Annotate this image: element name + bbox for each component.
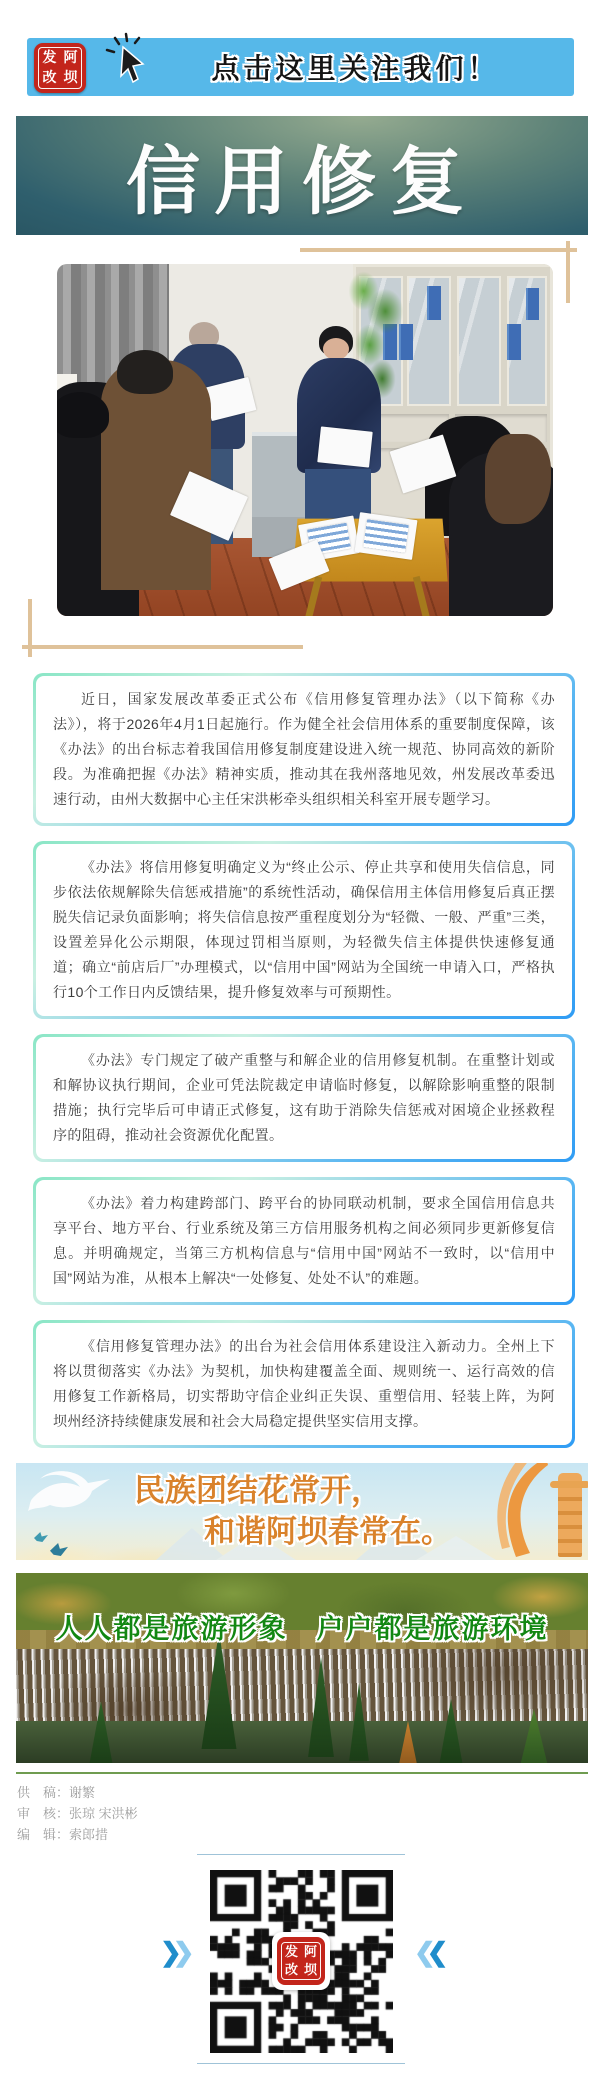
photo-person-head [117, 350, 173, 394]
credit-row: 编 辑：索郎措 [17, 1824, 597, 1845]
credit-value: 谢繁 [69, 1785, 95, 1800]
credit-label: 审 核： [17, 1806, 69, 1821]
follow-text: 点击这里关注我们！ [147, 38, 564, 96]
seal-char: 发 [39, 48, 60, 68]
paragraph-card: 《办法》将信用修复明确定义为“终止公示、停止共享和使用失信信息，同步依法依规解除… [33, 841, 575, 1019]
chevrons-left-icon: ❮❮ [414, 1937, 440, 1968]
tourism-banner[interactable]: 人人都是旅游形象 户户都是旅游环境 [16, 1573, 588, 1763]
chevron-glyph: ❯ [160, 1937, 173, 1967]
seal-char: 坝 [60, 68, 81, 88]
tourism-slogan-text: 人人都是旅游形象 户户都是旅游环境 [16, 1607, 588, 1646]
seal-char: 坝 [301, 1961, 320, 1979]
paragraph-text: 近日，国家发展改革委正式公布《信用修复管理办法》（以下简称《办法》），将于202… [53, 687, 555, 812]
office-meeting-photo[interactable] [57, 264, 553, 616]
seal-characters: 发 阿 改 坝 [38, 47, 82, 89]
seal-char: 改 [39, 68, 60, 88]
credit-value: 索郎措 [69, 1827, 108, 1842]
photo-person-head [57, 392, 109, 438]
decor-line-top-vertical [566, 241, 570, 303]
credit-value: 张琼 宋洪彬 [69, 1806, 138, 1821]
paragraph-card: 《信用修复管理办法》的出台为社会信用体系建设注入新动力。全州上下将以贯彻落实《办… [33, 1320, 575, 1448]
unity-line1: 民族团结花常开， [134, 1471, 588, 1512]
aba-fagai-seal-logo: 发 阿 改 坝 [277, 1937, 325, 1985]
qr-center-logo: 发 阿 改 坝 [272, 1932, 330, 1990]
aba-fagai-seal-logo: 发 阿 改 坝 [34, 43, 86, 93]
photo-binder [427, 286, 441, 320]
seal-char: 阿 [301, 1943, 320, 1961]
credit-label: 编 辑： [17, 1827, 69, 1842]
title-text: 信用修复 [126, 123, 478, 229]
photo-binder [526, 288, 539, 320]
credit-row: 供 稿：谢繁 [17, 1782, 597, 1803]
chevron-glyph: ❮ [427, 1937, 440, 1967]
credit-row: 审 核：张琼 宋洪彬 [17, 1803, 597, 1824]
title-banner[interactable]: 信用修复 [16, 116, 588, 235]
qr-section: ❯❯ 发 阿 改 坝 ❮❮ [0, 1845, 597, 2076]
chevron-glyph: ❯ [173, 1937, 186, 1967]
qr-separator-top [197, 1854, 405, 1855]
seal-char: 改 [282, 1961, 301, 1979]
qr-code[interactable]: 发 阿 改 坝 [205, 1865, 397, 2057]
seal-char: 阿 [60, 48, 81, 68]
photo-person-ponytail [485, 434, 551, 524]
qr-separator-bottom [197, 2063, 405, 2064]
chevron-glyph: ❮ [414, 1937, 427, 1967]
decor-line-top-horizontal [300, 248, 577, 252]
decor-line-bottom-horizontal [22, 645, 303, 649]
seal-char: 发 [282, 1943, 301, 1961]
decor-line-bottom-vertical [28, 599, 32, 657]
photo-paper [317, 426, 372, 467]
paragraph-card: 近日，国家发展改革委正式公布《信用修复管理办法》（以下简称《办法》），将于202… [33, 673, 575, 826]
photo-section [0, 238, 597, 658]
unity-slogan-text: 民族团结花常开， 和谐阿坝春常在。 [16, 1471, 588, 1553]
unity-line2: 和谐阿坝春常在。 [204, 1512, 588, 1553]
paragraph-text: 《办法》将信用修复明确定义为“终止公示、停止共享和使用失信信息，同步依法依规解除… [53, 855, 555, 1005]
paragraph-text: 《办法》专门规定了破产重整与和解企业的信用修复机制。在重整计划或和解协议执行期间… [53, 1048, 555, 1148]
photo-person-face [323, 338, 349, 360]
credit-label: 供 稿： [17, 1785, 69, 1800]
paragraph-text: 《信用修复管理办法》的出台为社会信用体系建设注入新动力。全州上下将以贯彻落实《办… [53, 1334, 555, 1434]
unity-slogan-banner[interactable]: 民族团结花常开， 和谐阿坝春常在。 [16, 1463, 588, 1560]
photo-glass-door [457, 276, 501, 406]
photo-leaflet-print [363, 519, 408, 553]
photo-binder [507, 324, 521, 360]
green-divider [16, 1772, 588, 1774]
follow-banner[interactable]: 发 阿 改 坝 点击这里关注我们！ [27, 38, 574, 96]
article-page: 发 阿 改 坝 点击这里关注我们！ 信用修复 [0, 0, 597, 2076]
seal-characters: 发 阿 改 坝 [281, 1942, 321, 1980]
paragraph-card: 《办法》着力构建跨部门、跨平台的协同联动机制，要求全国信用信息共享平台、地方平台… [33, 1177, 575, 1305]
chevrons-right-icon: ❯❯ [160, 1937, 186, 1968]
paragraph-text: 《办法》着力构建跨部门、跨平台的协同联动机制，要求全国信用信息共享平台、地方平台… [53, 1191, 555, 1291]
article-body: 近日，国家发展改革委正式公布《信用修复管理办法》（以下简称《办法》），将于202… [33, 673, 575, 1448]
credits-block: 供 稿：谢繁 审 核：张琼 宋洪彬 编 辑：索郎措 [17, 1782, 597, 1845]
paragraph-card: 《办法》专门规定了破产重整与和解企业的信用修复机制。在重整计划或和解协议执行期间… [33, 1034, 575, 1162]
